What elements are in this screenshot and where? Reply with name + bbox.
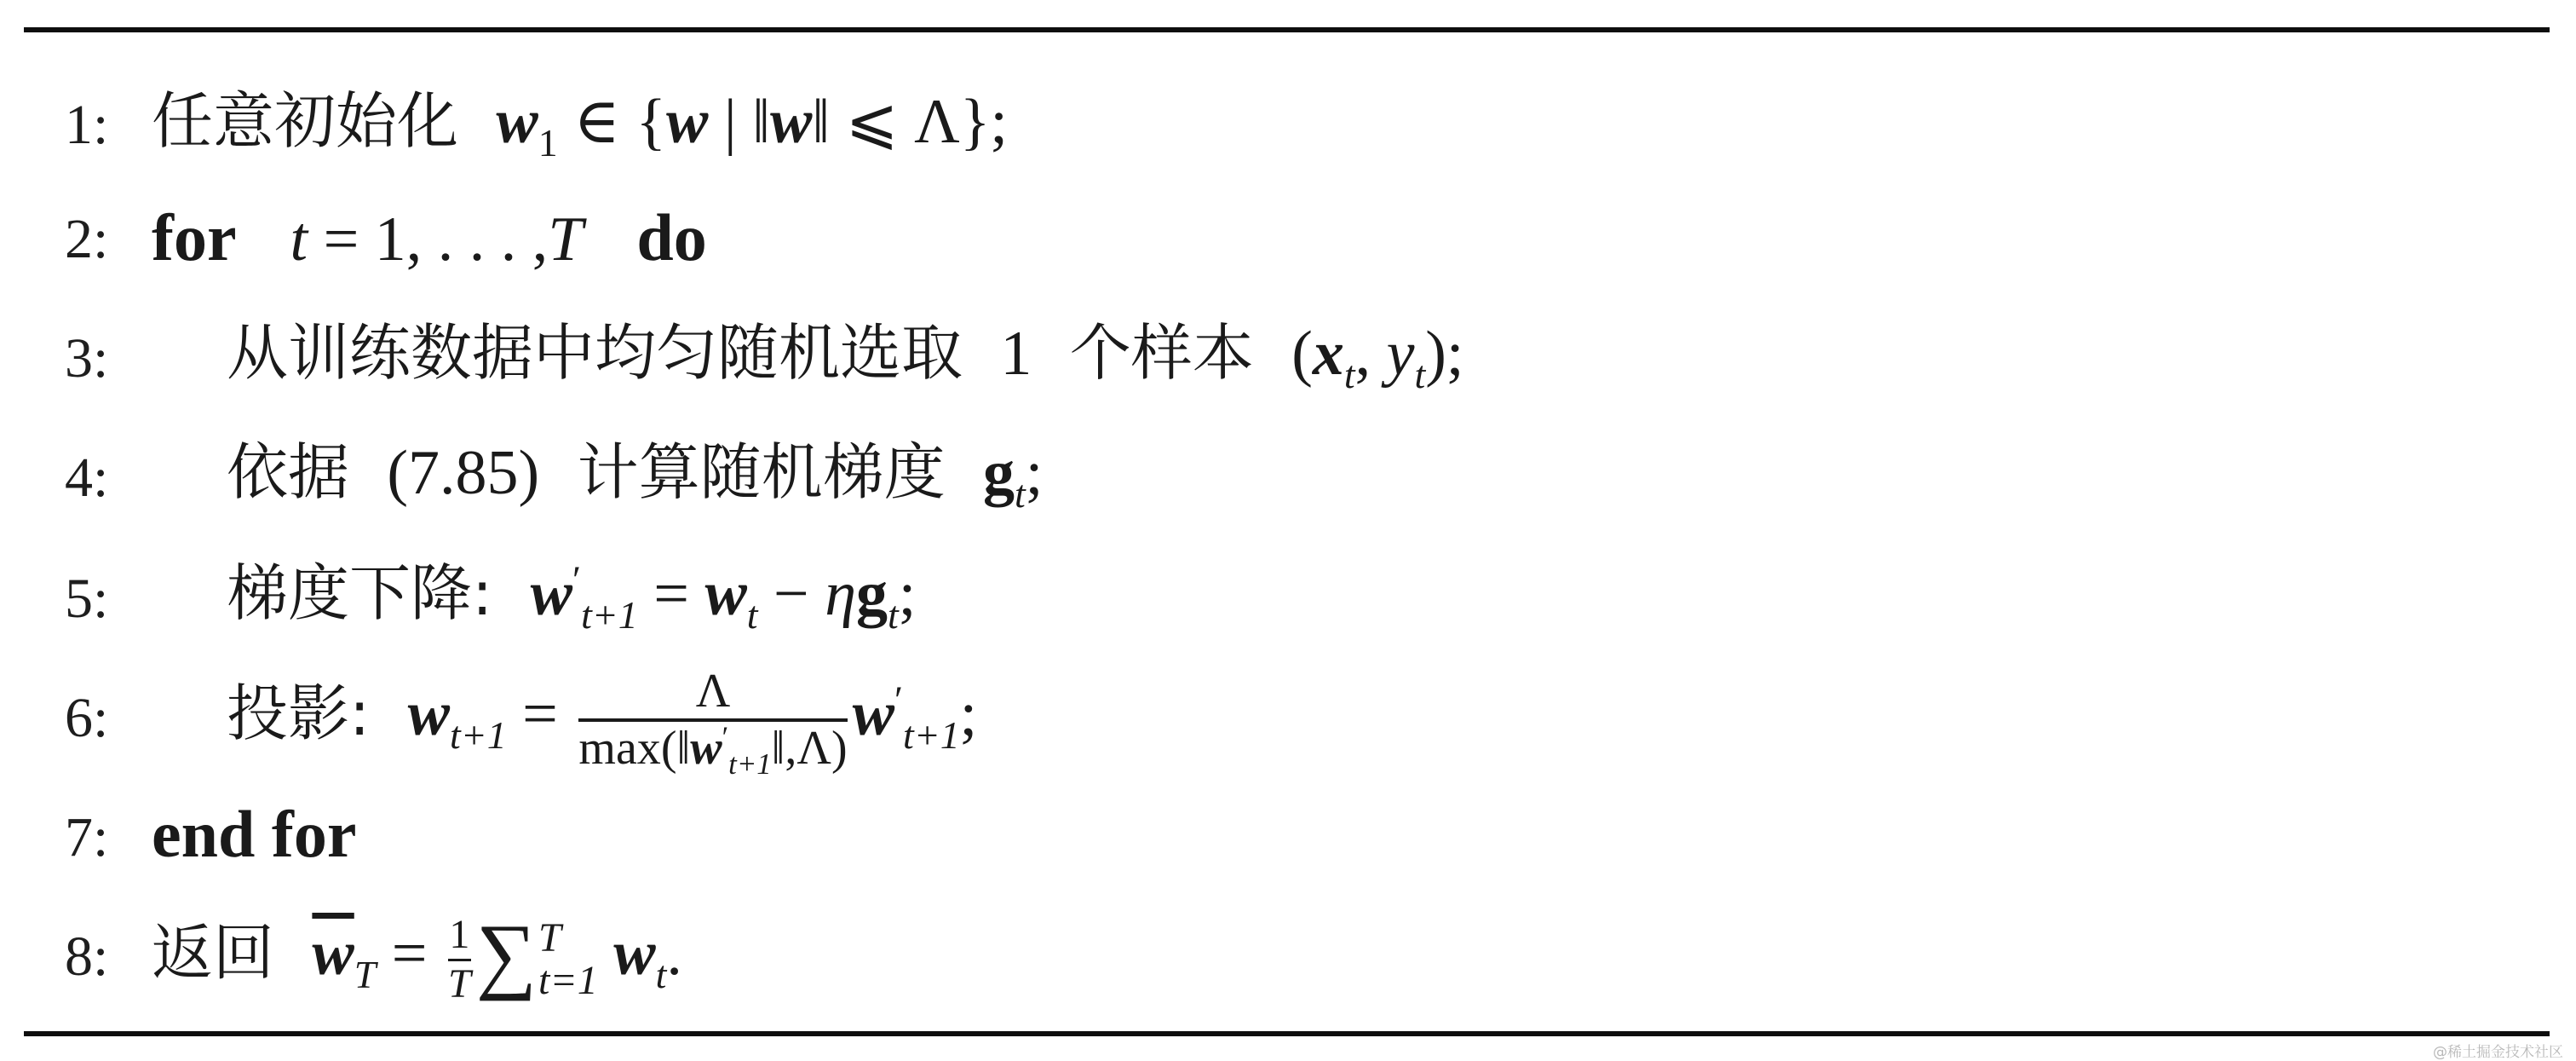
fraction: Λ max(‖w′t+1‖,Λ) bbox=[578, 666, 847, 774]
keyword-do: do bbox=[636, 200, 706, 274]
line-number: 2: bbox=[65, 211, 108, 268]
line-number: 6: bbox=[65, 690, 108, 747]
instruction-text: 从训练数据中均匀随机选取 bbox=[227, 317, 963, 389]
algorithm-line-1: 1: 任意初始化 w1 ∈ {w | ‖w‖ ⩽ Λ}; bbox=[0, 82, 2556, 201]
instruction-text: 投影: bbox=[227, 678, 370, 749]
instruction-text: 计算随机梯度 bbox=[578, 436, 946, 508]
line-number: 1: bbox=[65, 97, 108, 153]
instruction-text: 梯度下降: bbox=[227, 557, 492, 629]
top-rule bbox=[24, 27, 2550, 32]
algorithm-line-3: 3: 从训练数据中均匀随机选取 1 个样本 (xt, yt); bbox=[0, 314, 2556, 433]
line-content: for t = 1, . . . ,T do bbox=[152, 205, 707, 271]
equation-reference: (7.85) bbox=[387, 438, 539, 508]
line-content: 投影: wt+1 = Λ max(‖w′t+1‖,Λ) w′t+1; bbox=[227, 666, 977, 774]
math-expression: t = 1, . . . ,T bbox=[290, 205, 584, 274]
algorithm-line-2: 2: for t = 1, . . . ,T do bbox=[0, 198, 2556, 317]
line-number: 4: bbox=[65, 450, 108, 506]
algorithm-line-4: 4: 依据 (7.85) 计算随机梯度 gt; bbox=[0, 433, 2556, 552]
math-expression: (xt, yt); bbox=[1291, 319, 1463, 389]
algorithm-line-5: 5: 梯度下降: w′t+1 = wt − ηgt; bbox=[0, 552, 2556, 672]
math-expression: w1 ∈ {w | ‖w‖ ⩽ Λ}; bbox=[496, 87, 1008, 157]
math-expression: gt; bbox=[983, 438, 1043, 508]
line-content: 返回 wT = 1 T ∑Tt=1 wt. bbox=[152, 912, 682, 1006]
keyword-end-for: end for bbox=[152, 797, 356, 871]
line-number: 7: bbox=[65, 810, 108, 866]
line-content: end for bbox=[152, 801, 356, 868]
instruction-text: 返回 bbox=[152, 917, 274, 989]
watermark: @稀土掘金技术社区 bbox=[2433, 1040, 2563, 1061]
line-number: 3: bbox=[65, 331, 108, 387]
sum-symbol: ∑ bbox=[476, 907, 537, 1001]
bottom-rule bbox=[24, 1031, 2550, 1036]
algorithm-line-7: 7: end for bbox=[0, 793, 2556, 912]
line-content: 梯度下降: w′t+1 = wt − ηgt; bbox=[227, 562, 916, 626]
math-expression: wT = 1 T ∑Tt=1 wt. bbox=[312, 919, 681, 989]
instruction-text: 任意初始化 bbox=[152, 85, 458, 157]
algorithm-line-6: 6: 投影: wt+1 = Λ max(‖w′t+1‖,Λ) w′t+1; bbox=[0, 672, 2556, 791]
instruction-text: 个样本 bbox=[1070, 317, 1254, 389]
sum-limits: Tt=1 bbox=[538, 917, 598, 1003]
line-number: 5: bbox=[65, 571, 108, 627]
line-content: 从训练数据中均匀随机选取 1 个样本 (xt, yt); bbox=[227, 322, 1463, 385]
instruction-text: 依据 bbox=[227, 436, 349, 508]
sample-count: 1 bbox=[1000, 319, 1032, 389]
line-content: 任意初始化 w1 ∈ {w | ‖w‖ ⩽ Λ}; bbox=[152, 90, 1008, 153]
algorithm-line-8: 8: 返回 wT = 1 T ∑Tt=1 wt. bbox=[0, 907, 2556, 1026]
math-expression: wt+1 = Λ max(‖w′t+1‖,Λ) w′t+1; bbox=[408, 679, 978, 749]
line-content: 依据 (7.85) 计算随机梯度 gt; bbox=[227, 441, 1043, 505]
fraction: 1 T bbox=[448, 914, 471, 1006]
math-expression: w′t+1 = wt − ηgt; bbox=[531, 559, 917, 629]
line-number: 8: bbox=[65, 929, 108, 985]
keyword-for: for bbox=[152, 200, 237, 274]
